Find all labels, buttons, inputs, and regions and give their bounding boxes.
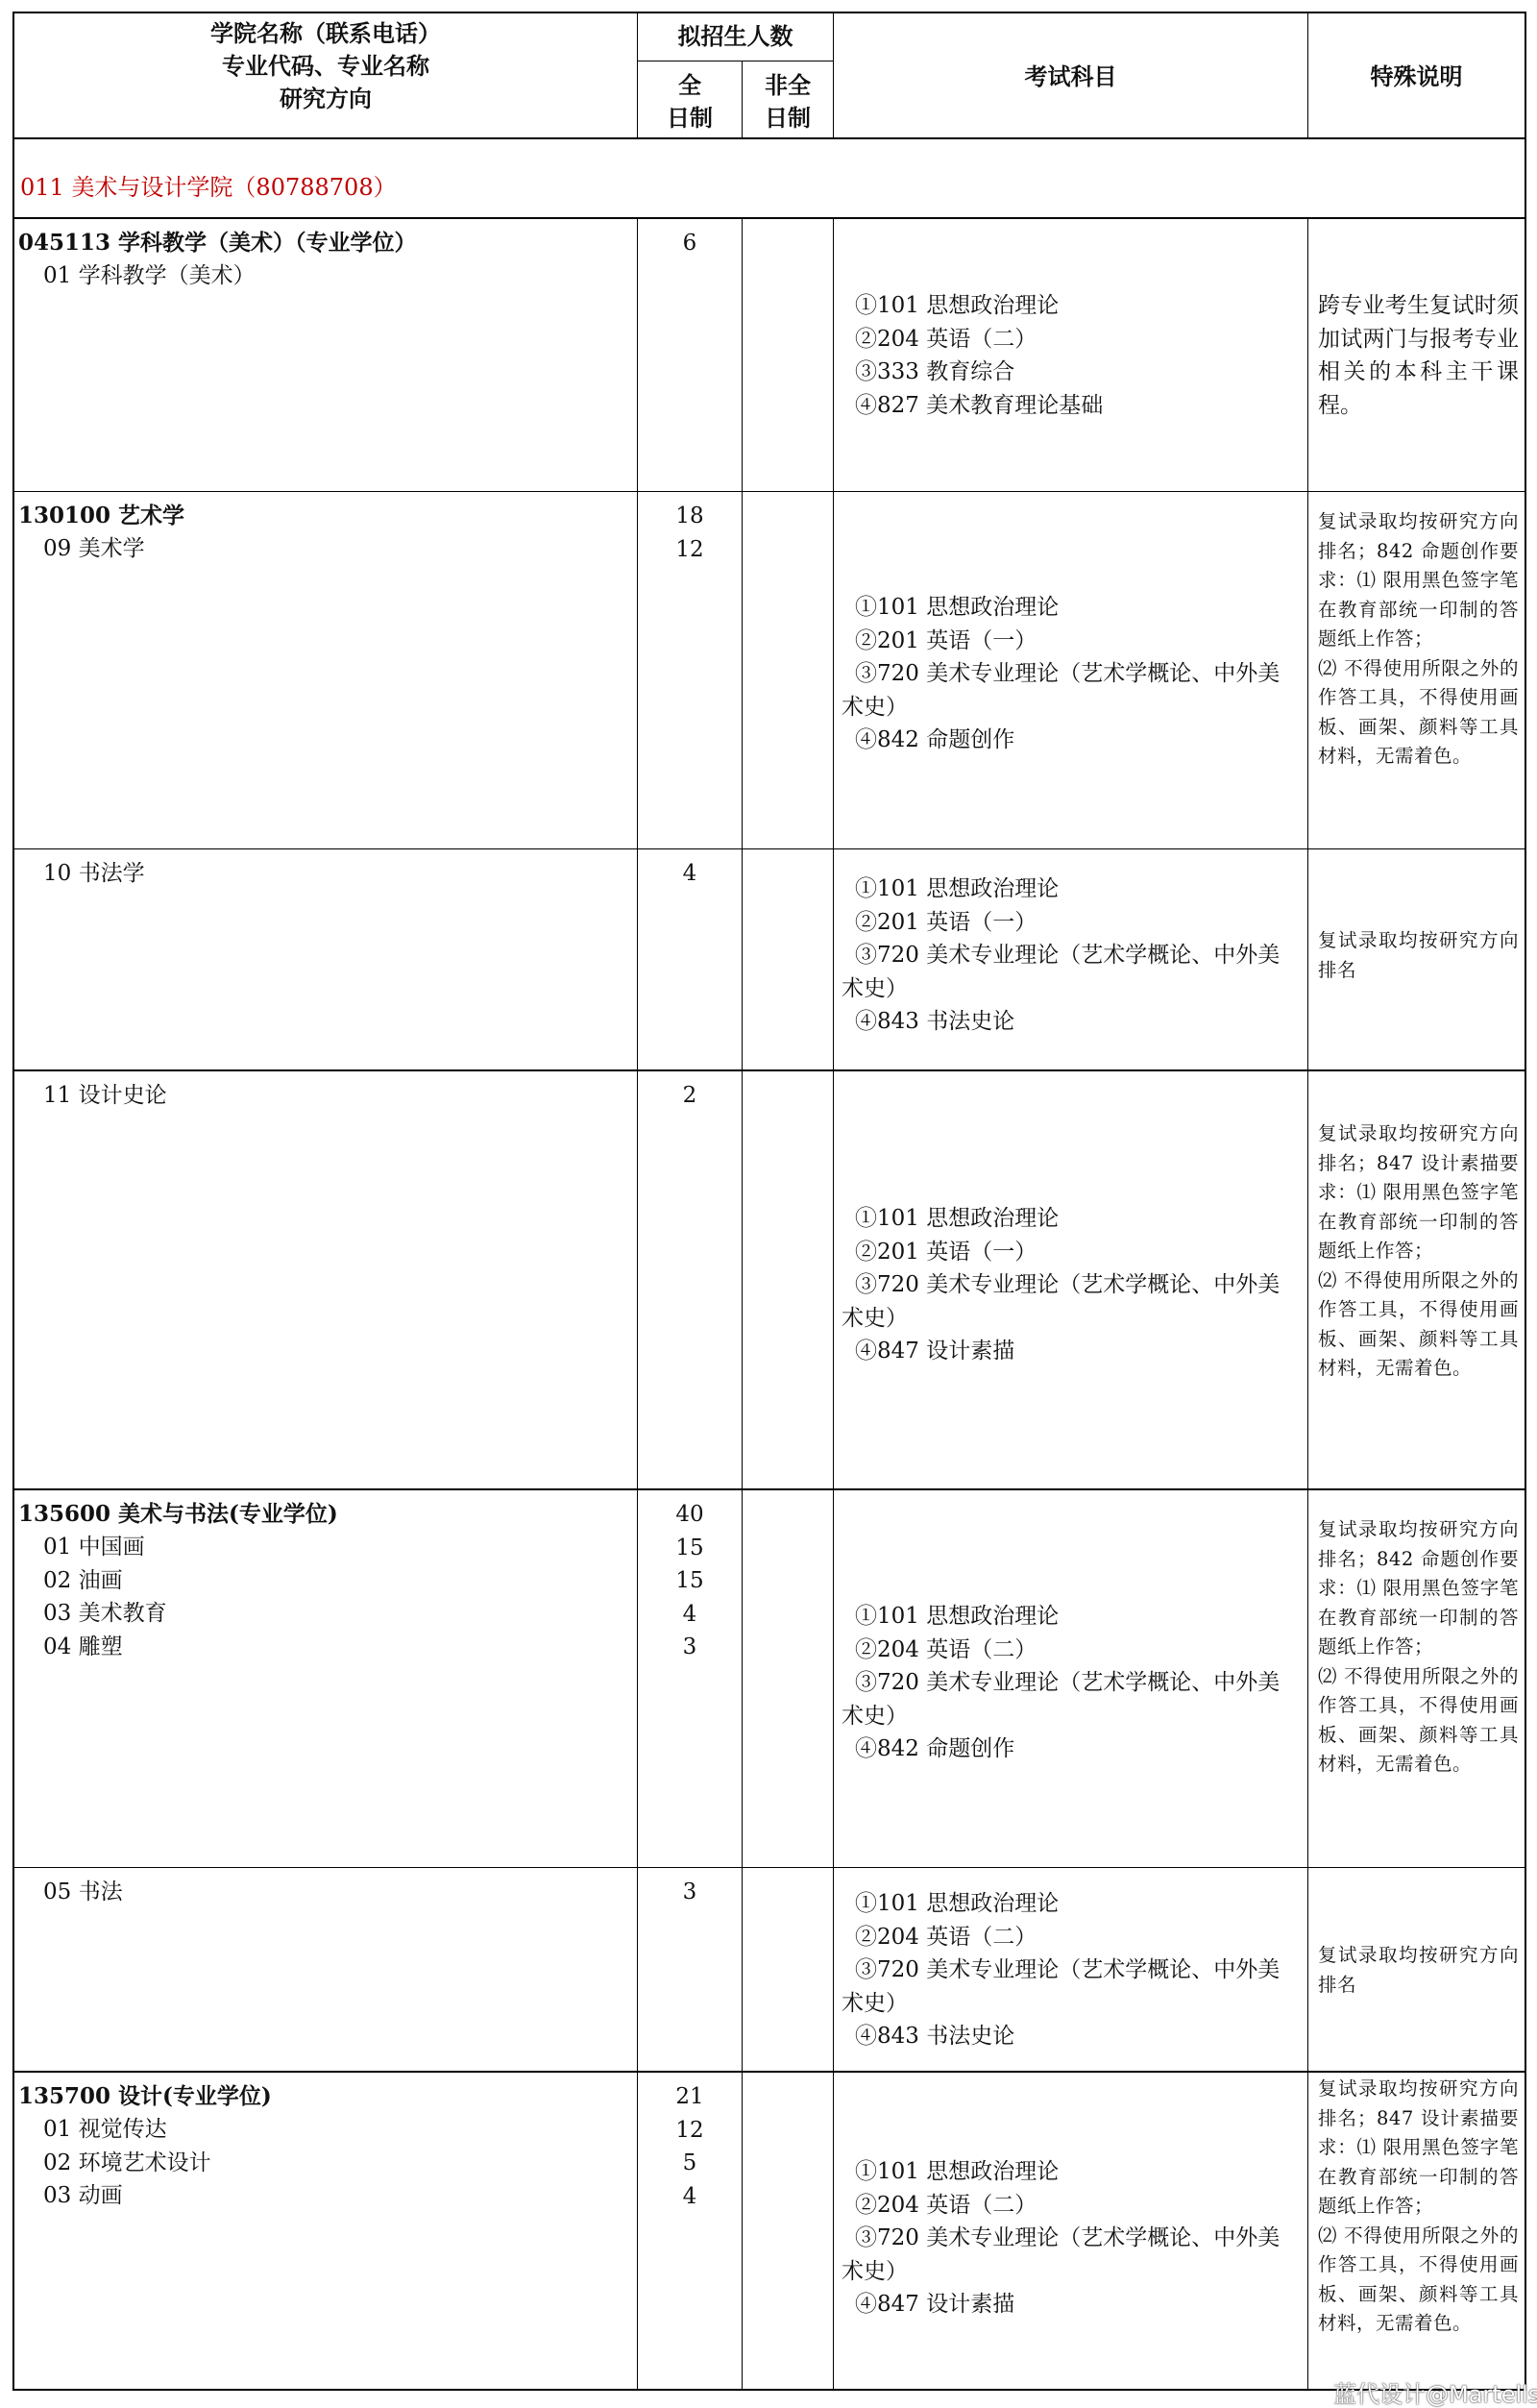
- table-row: 130100 艺术学 09 美术学 18 12 ①101 思想政治理论 ②201…: [14, 492, 1525, 849]
- full-time-cell: 3: [638, 1868, 743, 2071]
- full-time-value: 12: [638, 2114, 742, 2148]
- full-time-values: 18 12: [638, 500, 742, 566]
- full-time-value: 18: [638, 500, 742, 533]
- subject-item: ①101 思想政治理论: [842, 289, 1300, 323]
- full-time-cell: 4: [638, 849, 743, 1069]
- notes-cell: 复试录取均按研究方向排名: [1308, 849, 1525, 1069]
- header-full-time: 全 日制: [638, 61, 743, 137]
- subject-list: ①101 思想政治理论 ②204 英语（二） ③333 教育综合 ④827 美术…: [842, 289, 1300, 422]
- special-note-line: ⑵ 不得使用所限之外的作答工具，不得使用画板、画架、颜料等工具材料，无需着色。: [1318, 2222, 1519, 2339]
- header-direction-label: 研究方向: [14, 83, 637, 115]
- header-part-time-line1: 非全: [743, 69, 833, 102]
- subject-item: ①101 思想政治理论: [842, 2155, 1300, 2189]
- direction-item: 01 中国画: [43, 1531, 167, 1564]
- subject-item: ②201 英语（一）: [842, 1236, 1300, 1269]
- subject-list: ①101 思想政治理论 ②204 英语（二） ③720 美术专业理论（艺术学概论…: [842, 1887, 1300, 2053]
- special-note-line: ⑵ 不得使用所限之外的作答工具，不得使用画板、画架、颜料等工具材料，无需着色。: [1318, 1266, 1519, 1384]
- full-time-value: 12: [638, 533, 742, 567]
- direction-list: 01 视觉传达 02 环境艺术设计 03 动画: [43, 2113, 211, 2213]
- college-row: 011 美术与设计学院（80788708）: [14, 138, 1525, 219]
- full-time-value: 5: [638, 2147, 742, 2180]
- direction-item: 02 油画: [43, 1564, 167, 1598]
- subject-item: ③720 美术专业理论（艺术学概论、中外美术史）: [842, 1953, 1300, 2020]
- major-cell: 045113 学科教学（美术）（专业学位） 01 学科教学（美术）: [14, 219, 638, 491]
- special-note-line: ⑵ 不得使用所限之外的作答工具，不得使用画板、画架、颜料等工具材料，无需着色。: [1318, 1662, 1519, 1780]
- subject-item: ④842 命题创作: [842, 724, 1300, 757]
- table-row: 10 书法学 4 ①101 思想政治理论 ②201 英语（一） ③720 美术专…: [14, 849, 1525, 1070]
- direction-item: 09 美术学: [43, 532, 145, 566]
- full-time-value: 15: [638, 1532, 742, 1565]
- special-note: 复试录取均按研究方向排名；842 命题创作要求：⑴ 限用黑色签字笔在教育部统一印…: [1318, 507, 1519, 772]
- direction-list: 01 学科教学（美术）: [43, 259, 256, 293]
- special-note: 复试录取均按研究方向排名；847 设计素描要求：⑴ 限用黑色签字笔在教育部统一印…: [1318, 1119, 1519, 1384]
- subject-list: ①101 思想政治理论 ②201 英语（一） ③720 美术专业理论（艺术学概论…: [842, 872, 1300, 1039]
- table-row: 045113 学科教学（美术）（专业学位） 01 学科教学（美术） 6 ①101…: [14, 219, 1525, 492]
- subject-item: ③720 美术专业理论（艺术学概论、中外美术史）: [842, 657, 1300, 724]
- special-note-line: 复试录取均按研究方向排名；847 设计素描要求：⑴ 限用黑色签字笔在教育部统一印…: [1318, 2075, 1519, 2222]
- direction-item: 01 视觉传达: [43, 2113, 211, 2147]
- part-time-cell: [743, 2073, 834, 2391]
- table-row: 135700 设计(专业学位) 01 视觉传达 02 环境艺术设计 03 动画 …: [14, 2073, 1525, 2391]
- college-name: 011 美术与设计学院（80788708）: [20, 168, 397, 202]
- special-note-line: 复试录取均按研究方向排名；842 命题创作要求：⑴ 限用黑色签字笔在教育部统一印…: [1318, 507, 1519, 654]
- subject-item: ③720 美术专业理论（艺术学概论、中外美术史）: [842, 1666, 1300, 1732]
- notes-cell: 复试录取均按研究方向排名；842 命题创作要求：⑴ 限用黑色签字笔在教育部统一印…: [1308, 492, 1525, 848]
- full-time-cell: 18 12: [638, 492, 743, 848]
- header-notes: 特殊说明: [1308, 13, 1525, 137]
- header-enrollment: 拟招生人数: [638, 13, 834, 61]
- part-time-cell: [743, 1490, 834, 1867]
- subjects-cell: ①101 思想政治理论 ②204 英语（二） ③720 美术专业理论（艺术学概论…: [834, 1868, 1308, 2071]
- table-row: 11 设计史论 2 ①101 思想政治理论 ②201 英语（一） ③720 美术…: [14, 1070, 1525, 1490]
- notes-cell: 复试录取均按研究方向排名；847 设计素描要求：⑴ 限用黑色签字笔在教育部统一印…: [1308, 2073, 1525, 2391]
- major-name: 135600 美术与书法(专业学位): [18, 1498, 338, 1531]
- full-time-value: 21: [638, 2080, 742, 2114]
- part-time-cell: [743, 492, 834, 848]
- direction-item: 10 书法学: [43, 857, 145, 891]
- subject-item: ②204 英语（二）: [842, 323, 1300, 356]
- full-time-value: 15: [638, 1564, 742, 1598]
- special-note: 复试录取均按研究方向排名；847 设计素描要求：⑴ 限用黑色签字笔在教育部统一印…: [1318, 2075, 1519, 2339]
- major-name: 130100 艺术学: [18, 500, 184, 532]
- part-time-cell: [743, 1868, 834, 2071]
- major-name: 135700 设计(专业学位): [18, 2080, 272, 2113]
- full-time-value: 3: [638, 1631, 742, 1664]
- subject-item: ②204 英语（二）: [842, 1634, 1300, 1667]
- part-time-cell: [743, 849, 834, 1069]
- subject-item: ③333 教育综合: [842, 356, 1300, 389]
- subject-item: ①101 思想政治理论: [842, 1600, 1300, 1634]
- header-subjects: 考试科目: [834, 13, 1308, 137]
- direction-list: 11 设计史论: [43, 1079, 167, 1113]
- subjects-cell: ①101 思想政治理论 ②201 英语（一） ③720 美术专业理论（艺术学概论…: [834, 1071, 1308, 1488]
- major-cell: 135600 美术与书法(专业学位) 01 中国画 02 油画 03 美术教育 …: [14, 1490, 638, 1867]
- subject-item: ③720 美术专业理论（艺术学概论、中外美术史）: [842, 1268, 1300, 1335]
- subject-item: ①101 思想政治理论: [842, 872, 1300, 906]
- full-time-value: 40: [638, 1498, 742, 1532]
- direction-item: 03 美术教育: [43, 1597, 167, 1631]
- full-time-values: 40 15 15 4 3: [638, 1498, 742, 1664]
- full-time-value: 4: [638, 2180, 742, 2214]
- major-cell: 130100 艺术学 09 美术学: [14, 492, 638, 848]
- special-note: 复试录取均按研究方向排名: [1318, 926, 1519, 985]
- subject-item: ④842 命题创作: [842, 1732, 1300, 1766]
- major-cell: 05 书法: [14, 1868, 638, 2071]
- direction-item: 01 学科教学（美术）: [43, 259, 256, 293]
- header-col-major: 学院名称（联系电话） 专业代码、专业名称 研究方向: [14, 13, 638, 137]
- subject-item: ④843 书法史论: [842, 2020, 1300, 2053]
- subject-item: ②201 英语（一）: [842, 906, 1300, 940]
- watermark: 蓝代设计@Martells: [1333, 2375, 1537, 2408]
- direction-list: 09 美术学: [43, 532, 145, 566]
- subject-item: ①101 思想政治理论: [842, 591, 1300, 625]
- direction-list: 10 书法学: [43, 857, 145, 891]
- subjects-cell: ①101 思想政治理论 ②204 英语（二） ③333 教育综合 ④827 美术…: [834, 219, 1308, 491]
- full-time-values: 4: [638, 857, 742, 891]
- header-major-label: 专业代码、专业名称: [14, 50, 637, 83]
- subject-list: ①101 思想政治理论 ②204 英语（二） ③720 美术专业理论（艺术学概论…: [842, 2155, 1300, 2322]
- table-header: 学院名称（联系电话） 专业代码、专业名称 研究方向 拟招生人数 全 日制 非全 …: [14, 13, 1525, 138]
- full-time-values: 3: [638, 1876, 742, 1909]
- full-time-value: 6: [638, 227, 742, 260]
- header-full-time-line2: 日制: [638, 102, 742, 135]
- direction-list: 05 书法: [43, 1876, 123, 1909]
- subject-item: ③720 美术专业理论（艺术学概论、中外美术史）: [842, 2222, 1300, 2288]
- subject-item: ④847 设计素描: [842, 1335, 1300, 1368]
- subject-list: ①101 思想政治理论 ②204 英语（二） ③720 美术专业理论（艺术学概论…: [842, 1600, 1300, 1766]
- direction-item: 03 动画: [43, 2179, 211, 2213]
- direction-item: 11 设计史论: [43, 1079, 167, 1113]
- full-time-cell: 2: [638, 1071, 743, 1488]
- special-note: 复试录取均按研究方向排名: [1318, 1941, 1519, 2000]
- full-time-value: 2: [638, 1079, 742, 1113]
- major-name: 045113 学科教学（美术）（专业学位）: [18, 227, 417, 259]
- special-note: 跨专业考生复试时须加试两门与报考专业相关的本科主干课程。: [1318, 289, 1519, 422]
- major-cell: 10 书法学: [14, 849, 638, 1069]
- full-time-values: 6: [638, 227, 742, 260]
- subject-item: ②201 英语（一）: [842, 625, 1300, 658]
- subjects-cell: ①101 思想政治理论 ②204 英语（二） ③720 美术专业理论（艺术学概论…: [834, 2073, 1308, 2391]
- subject-item: ④827 美术教育理论基础: [842, 389, 1300, 423]
- part-time-cell: [743, 219, 834, 491]
- subject-item: ②204 英语（二）: [842, 1921, 1300, 1954]
- notes-cell: 复试录取均按研究方向排名；842 命题创作要求：⑴ 限用黑色签字笔在教育部统一印…: [1308, 1490, 1525, 1867]
- full-time-cell: 6: [638, 219, 743, 491]
- header-part-time-line2: 日制: [743, 102, 833, 135]
- full-time-cell: 40 15 15 4 3: [638, 1490, 743, 1867]
- part-time-cell: [743, 1071, 834, 1488]
- direction-list: 01 中国画 02 油画 03 美术教育 04 雕塑: [43, 1531, 167, 1663]
- subject-item: ④847 设计素描: [842, 2288, 1300, 2322]
- special-note-line: 复试录取均按研究方向排名；842 命题创作要求：⑴ 限用黑色签字笔在教育部统一印…: [1318, 1515, 1519, 1662]
- full-time-values: 2: [638, 1079, 742, 1113]
- full-time-value: 3: [638, 1876, 742, 1909]
- table-row: 05 书法 3 ①101 思想政治理论 ②204 英语（二） ③720 美术专业…: [14, 1868, 1525, 2073]
- subjects-cell: ①101 思想政治理论 ②201 英语（一） ③720 美术专业理论（艺术学概论…: [834, 492, 1308, 848]
- full-time-value: 4: [638, 1598, 742, 1632]
- full-time-cell: 21 12 5 4: [638, 2073, 743, 2391]
- subjects-cell: ①101 思想政治理论 ②201 英语（一） ③720 美术专业理论（艺术学概论…: [834, 849, 1308, 1069]
- subject-item: ①101 思想政治理论: [842, 1202, 1300, 1236]
- subject-item: ②204 英语（二）: [842, 2189, 1300, 2223]
- notes-cell: 复试录取均按研究方向排名；847 设计素描要求：⑴ 限用黑色签字笔在教育部统一印…: [1308, 1071, 1525, 1488]
- subject-list: ①101 思想政治理论 ②201 英语（一） ③720 美术专业理论（艺术学概论…: [842, 591, 1300, 757]
- subject-list: ①101 思想政治理论 ②201 英语（一） ③720 美术专业理论（艺术学概论…: [842, 1202, 1300, 1368]
- header-part-time: 非全 日制: [743, 61, 834, 137]
- header-subjects-label: 考试科目: [834, 58, 1307, 91]
- direction-item: 04 雕塑: [43, 1631, 167, 1664]
- major-cell: 135700 设计(专业学位) 01 视觉传达 02 环境艺术设计 03 动画: [14, 2073, 638, 2391]
- notes-cell: 复试录取均按研究方向排名: [1308, 1868, 1525, 2071]
- header-full-time-line1: 全: [638, 69, 742, 102]
- full-time-value: 4: [638, 857, 742, 891]
- special-note-line: 复试录取均按研究方向排名；847 设计素描要求：⑴ 限用黑色签字笔在教育部统一印…: [1318, 1119, 1519, 1266]
- special-note-line: ⑵ 不得使用所限之外的作答工具，不得使用画板、画架、颜料等工具材料，无需着色。: [1318, 654, 1519, 772]
- subject-item: ①101 思想政治理论: [842, 1887, 1300, 1921]
- header-notes-label: 特殊说明: [1308, 58, 1525, 91]
- admissions-table: 学院名称（联系电话） 专业代码、专业名称 研究方向 拟招生人数 全 日制 非全 …: [12, 12, 1526, 2391]
- subjects-cell: ①101 思想政治理论 ②204 英语（二） ③720 美术专业理论（艺术学概论…: [834, 1490, 1308, 1867]
- direction-item: 05 书法: [43, 1876, 123, 1909]
- table-row: 135600 美术与书法(专业学位) 01 中国画 02 油画 03 美术教育 …: [14, 1490, 1525, 1868]
- notes-cell: 跨专业考生复试时须加试两门与报考专业相关的本科主干课程。: [1308, 219, 1525, 491]
- header-college-label: 学院名称（联系电话）: [14, 17, 637, 50]
- direction-item: 02 环境艺术设计: [43, 2147, 211, 2180]
- subject-item: ③720 美术专业理论（艺术学概论、中外美术史）: [842, 939, 1300, 1005]
- major-cell: 11 设计史论: [14, 1071, 638, 1488]
- full-time-values: 21 12 5 4: [638, 2080, 742, 2213]
- subject-item: ④843 书法史论: [842, 1005, 1300, 1039]
- special-note: 复试录取均按研究方向排名；842 命题创作要求：⑴ 限用黑色签字笔在教育部统一印…: [1318, 1515, 1519, 1780]
